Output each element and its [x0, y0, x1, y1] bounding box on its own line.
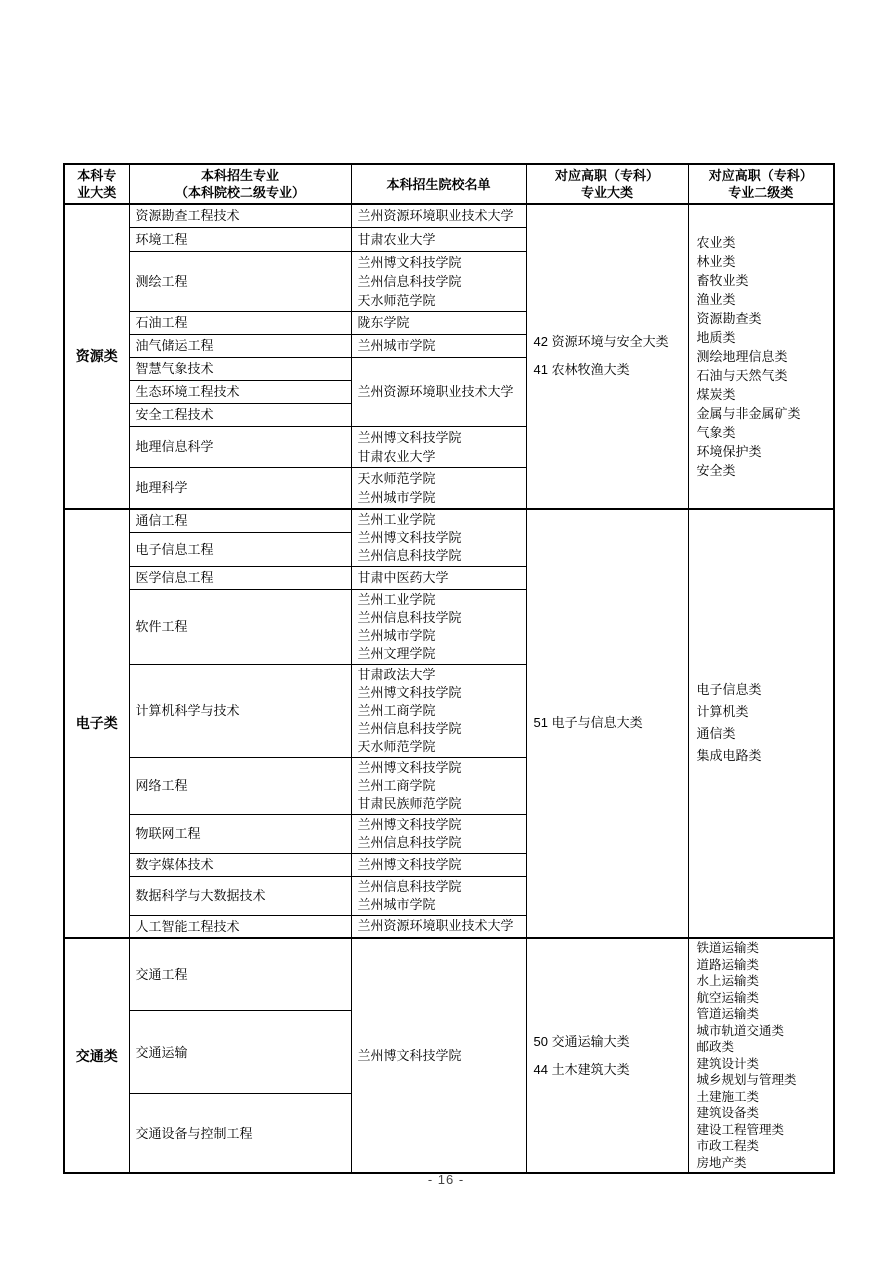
colleges-cell: 兰州工业学院 兰州信息科技学院 兰州城市学院 兰州文理学院	[351, 589, 526, 664]
major-cell: 医学信息工程	[129, 566, 351, 589]
colleges-cell: 兰州博文科技学院 甘肃农业大学	[351, 426, 526, 467]
vocational-major-cell: 50 交通运输大类 44 土木建筑大类	[526, 938, 688, 1173]
major-cell: 资源勘查工程技术	[129, 204, 351, 227]
colleges-cell: 兰州信息科技学院 兰州城市学院	[351, 876, 526, 915]
secondary-categories-cell: 铁道运输类 道路运输类 水上运输类 航空运输类 管道运输类 城市轨道交通类 邮政…	[688, 938, 834, 1173]
colleges-cell: 天水师范学院 兰州城市学院	[351, 467, 526, 509]
colleges-cell: 兰州资源环境职业技术大学	[351, 357, 526, 426]
header-cell-3: 对应高职（专科） 专业大类	[526, 164, 688, 204]
major-cell: 生态环境工程技术	[129, 380, 351, 403]
table-row: 交通类交通工程兰州博文科技学院50 交通运输大类 44 土木建筑大类铁道运输类 …	[64, 938, 834, 1011]
secondary-categories-cell: 农业类 林业类 畜牧业类 渔业类 资源勘查类 地质类 测绘地理信息类 石油与天然…	[688, 204, 834, 509]
category-cell: 电子类	[64, 509, 129, 939]
colleges-cell: 兰州博文科技学院	[351, 938, 526, 1173]
category-cell: 交通类	[64, 938, 129, 1173]
major-cell: 数字媒体技术	[129, 853, 351, 876]
table-header: 本科专 业大类本科招生专业 （本科院校二级专业）本科招生院校名单对应高职（专科）…	[64, 164, 834, 204]
vocational-major-cell: 42 资源环境与安全大类 41 农林牧渔大类	[526, 204, 688, 509]
major-cell: 地理科学	[129, 467, 351, 509]
colleges-cell: 甘肃政法大学 兰州博文科技学院 兰州工商学院 兰州信息科技学院 天水师范学院	[351, 664, 526, 757]
major-cell: 软件工程	[129, 589, 351, 664]
colleges-cell: 兰州资源环境职业技术大学	[351, 204, 526, 227]
document-page: 本科专 业大类本科招生专业 （本科院校二级专业）本科招生院校名单对应高职（专科）…	[0, 0, 892, 1262]
header-cell-4: 对应高职（专科） 专业二级类	[688, 164, 834, 204]
major-cell: 通信工程	[129, 509, 351, 533]
colleges-cell: 兰州博文科技学院 兰州工商学院 甘肃民族师范学院	[351, 757, 526, 814]
header-row: 本科专 业大类本科招生专业 （本科院校二级专业）本科招生院校名单对应高职（专科）…	[64, 164, 834, 204]
major-cell: 安全工程技术	[129, 403, 351, 426]
major-cell: 人工智能工程技术	[129, 915, 351, 938]
major-cell: 油气储运工程	[129, 334, 351, 357]
colleges-cell: 甘肃农业大学	[351, 227, 526, 251]
colleges-cell: 兰州工业学院 兰州博文科技学院 兰州信息科技学院	[351, 509, 526, 567]
major-cell: 地理信息科学	[129, 426, 351, 467]
major-cell: 数据科学与大数据技术	[129, 876, 351, 915]
header-cell-1: 本科招生专业 （本科院校二级专业）	[129, 164, 351, 204]
header-cell-2: 本科招生院校名单	[351, 164, 526, 204]
colleges-cell: 兰州博文科技学院 兰州信息科技学院 天水师范学院	[351, 251, 526, 311]
majors-table: 本科专 业大类本科招生专业 （本科院校二级专业）本科招生院校名单对应高职（专科）…	[63, 163, 835, 1174]
colleges-cell: 兰州资源环境职业技术大学	[351, 915, 526, 938]
table-row: 电子类通信工程兰州工业学院 兰州博文科技学院 兰州信息科技学院51 电子与信息大…	[64, 509, 834, 533]
major-cell: 电子信息工程	[129, 533, 351, 566]
page-number: - 16 -	[0, 1172, 892, 1187]
colleges-cell: 兰州博文科技学院 兰州信息科技学院	[351, 814, 526, 853]
major-cell: 环境工程	[129, 227, 351, 251]
major-cell: 计算机科学与技术	[129, 664, 351, 757]
major-cell: 交通运输	[129, 1011, 351, 1094]
major-cell: 石油工程	[129, 311, 351, 334]
vocational-major-cell: 51 电子与信息大类	[526, 509, 688, 939]
colleges-cell: 兰州城市学院	[351, 334, 526, 357]
header-cell-0: 本科专 业大类	[64, 164, 129, 204]
major-cell: 物联网工程	[129, 814, 351, 853]
table-row: 资源类资源勘查工程技术兰州资源环境职业技术大学42 资源环境与安全大类 41 农…	[64, 204, 834, 227]
table-body: 资源类资源勘查工程技术兰州资源环境职业技术大学42 资源环境与安全大类 41 农…	[64, 204, 834, 1173]
major-cell: 交通设备与控制工程	[129, 1094, 351, 1173]
major-cell: 交通工程	[129, 938, 351, 1011]
category-cell: 资源类	[64, 204, 129, 509]
colleges-cell: 甘肃中医药大学	[351, 566, 526, 589]
major-cell: 智慧气象技术	[129, 357, 351, 380]
major-cell: 网络工程	[129, 757, 351, 814]
secondary-categories-cell: 电子信息类 计算机类 通信类 集成电路类	[688, 509, 834, 939]
colleges-cell: 兰州博文科技学院	[351, 853, 526, 876]
major-cell: 测绘工程	[129, 251, 351, 311]
colleges-cell: 陇东学院	[351, 311, 526, 334]
